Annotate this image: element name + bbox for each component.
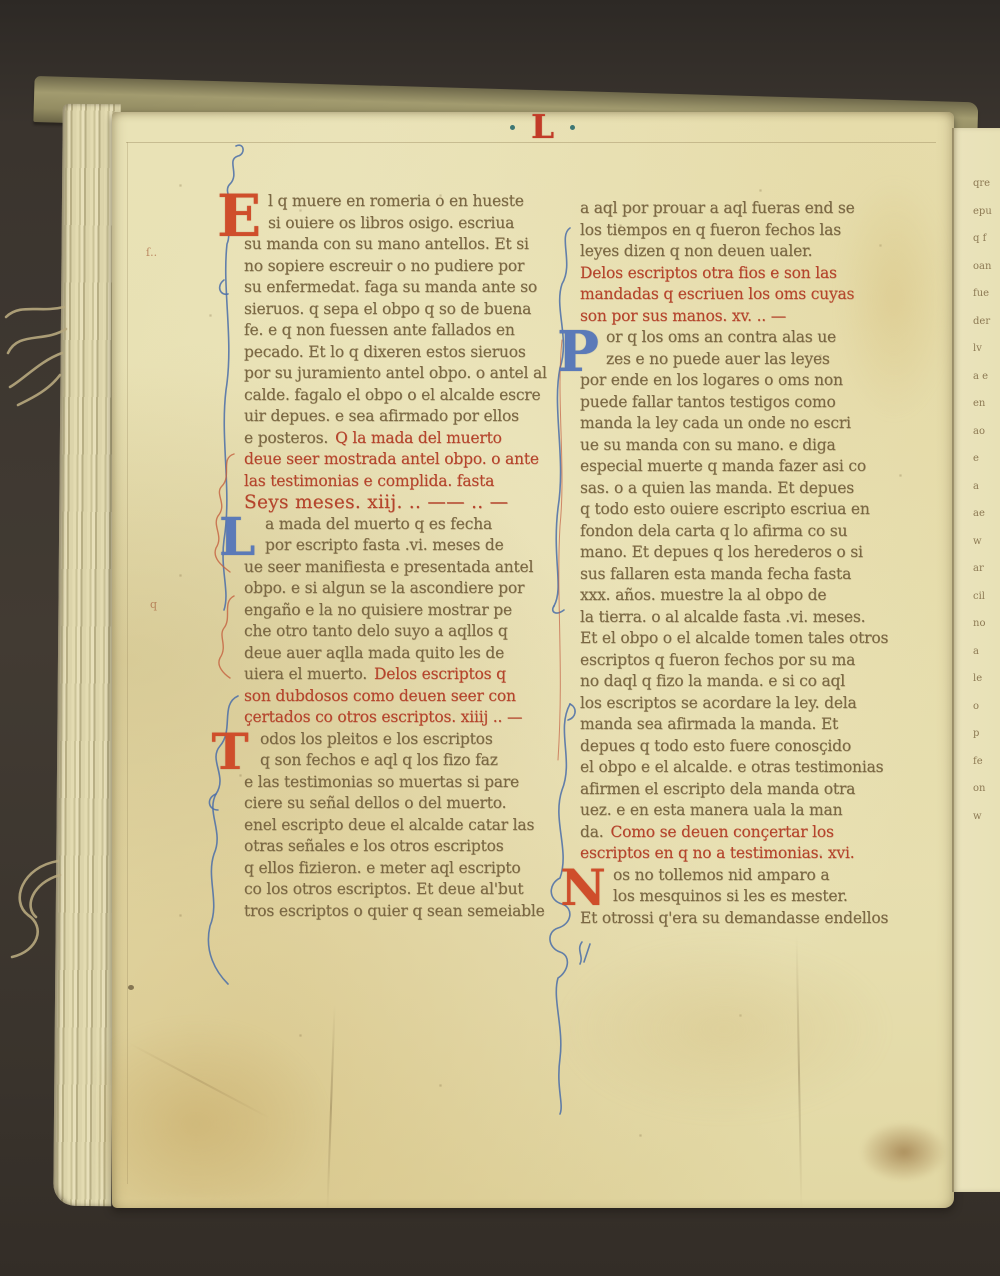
- rubric-line: son por sus manos. xv. .. —: [580, 306, 896, 328]
- text-fragment: q f: [973, 233, 1000, 261]
- rubric: son dubdosos como deuen seer conçertados…: [244, 686, 546, 729]
- illuminated-initial-E: E: [216, 191, 262, 234]
- text-line: e posteros.Q la mada del muerto: [244, 428, 546, 450]
- text-line: sus fallaren esta manda fecha fasta: [580, 564, 896, 586]
- next-page-text-fragments: qreepuq foanfuederlva eenaoeaaewarcilnoa…: [973, 178, 1000, 838]
- rubric-line: deue seer mostrada antel obpo. o ante: [244, 449, 546, 471]
- text-line: ue su manda con su mano. e diga: [580, 435, 896, 457]
- bookmark-thread: [0, 295, 70, 410]
- paragraph: T odos los pleitos e los escriptosq son …: [244, 729, 546, 923]
- folio-dot-left: [510, 125, 515, 130]
- rubric-line: Delos escriptos otra fios e son las: [580, 263, 896, 285]
- text-line: a aql por prouar a aql fueras end se: [580, 198, 896, 220]
- text-fragment: fue: [973, 288, 1000, 316]
- text-line: si ouiere os libros osigo. escriua: [244, 213, 546, 235]
- text-line: no sopiere escreuir o no pudiere por: [244, 256, 546, 278]
- photo-background: L ſ.. q: [0, 0, 1000, 1276]
- bookmark-thread: [2, 845, 68, 970]
- text-fragment: cil: [973, 591, 1000, 619]
- text-line: Et el obpo o el alcalde tomen tales otro…: [580, 628, 896, 650]
- illuminated-initial-T: T: [204, 729, 256, 772]
- text-line: los tiempos en q fueron fechos las: [580, 220, 896, 242]
- text-line: obpo. e si algun se la ascondiere por: [244, 578, 546, 600]
- text-line: su manda con su mano antellos. Et si: [244, 234, 546, 256]
- text-fragment: on: [973, 783, 1000, 811]
- text-line: fe. e q non fuessen ante fallados en: [244, 320, 546, 342]
- text-fragment: o: [973, 701, 1000, 729]
- text-line: puede fallar tantos testigos como: [580, 392, 896, 414]
- penwork-flourish: [210, 590, 244, 680]
- text-line: q son fechos e aql q los fizo faz: [244, 750, 546, 772]
- rubric-line: mandadas q escriuen los oms cuyas: [580, 284, 896, 306]
- text-line: su enfermedat. faga su manda ante so: [244, 277, 546, 299]
- text-line: depues q todo esto fuere conosçido: [580, 736, 896, 758]
- text-line: q todo esto ouiere escripto escriua en: [580, 499, 896, 521]
- paragraph: L a mada del muerto q es fechapor escrip…: [244, 514, 546, 686]
- parchment-speckles: [120, 155, 121, 156]
- illuminated-initial-L: L: [214, 514, 260, 557]
- rubric-line: çertados co otros escriptos. xiiij .. —: [244, 707, 546, 729]
- text-line: q ellos fizieron. e meter aql escripto: [244, 858, 546, 880]
- text-line: leyes dizen q non deuen ualer.: [580, 241, 896, 263]
- rubric-line: Seys meses. xiij. .. —— .. —: [244, 492, 546, 514]
- text-line: xxx. años. muestre la al obpo de: [580, 585, 896, 607]
- paragraph: E l q muere en romeria o en huestesi oui…: [244, 191, 546, 449]
- parchment-crease: [326, 1005, 335, 1210]
- page-stack-fore-edge: [53, 104, 121, 1206]
- text-line: uir depues. e sea afirmado por ellos: [244, 406, 546, 428]
- text-column-left: E l q muere en romeria o en huestesi oui…: [244, 191, 546, 922]
- text-line: por ende en los logares o oms non: [580, 370, 896, 392]
- text-line: calde. fagalo el obpo o el alcalde escre: [244, 385, 546, 407]
- margin-mark: q: [150, 598, 157, 611]
- text-line: uiera el muerto.Delos escriptos q: [244, 664, 546, 686]
- illuminated-initial-N: N: [558, 865, 608, 908]
- text-fragment: no: [973, 618, 1000, 646]
- rubric-line: son dubdosos como deuen seer con: [244, 686, 546, 708]
- text-line: tros escriptos o quier q sean semeiable: [244, 901, 546, 923]
- parchment-stain: [860, 1122, 948, 1182]
- illuminated-initial-P: P: [556, 327, 600, 370]
- parchment-crease: [796, 935, 803, 1210]
- text-fragment: ae: [973, 508, 1000, 536]
- rubric: deue seer mostrada antel obpo. o antelas…: [244, 449, 546, 514]
- text-fragment: fe: [973, 756, 1000, 784]
- text-fragment: lv: [973, 343, 1000, 371]
- manuscript-page: L ſ.. q: [112, 112, 954, 1208]
- text-line: los escriptos se acordare la ley. dela: [580, 693, 896, 715]
- text-fragment: qre: [973, 178, 1000, 206]
- text-line: no daql q fizo la manda. e si co aql: [580, 671, 896, 693]
- text-fragment: en: [973, 398, 1000, 426]
- paragraph: P or q los oms an contra alas uezes e no…: [580, 327, 896, 843]
- folio-letter: L: [531, 112, 554, 142]
- text-fragment: a e: [973, 371, 1000, 399]
- paragraph: N os no tollemos nid amparo alos mesquin…: [580, 865, 896, 930]
- text-fragment: e: [973, 453, 1000, 481]
- paragraph: a aql por prouar a aql fueras end selos …: [580, 198, 896, 263]
- text-line: manda sea afirmada la manda. Et: [580, 714, 896, 736]
- text-line: zes e no puede auer las leyes: [580, 349, 896, 371]
- text-line: otras señales e los otros escriptos: [244, 836, 546, 858]
- parchment-crease: [129, 1043, 271, 1120]
- text-line: a mada del muerto q es fecha: [244, 514, 546, 536]
- text-line: escriptos q fueron fechos por su ma: [580, 650, 896, 672]
- next-page-edge: qreepuq foanfuederlva eenaoeaaewarcilnoa…: [952, 128, 1000, 1192]
- folio-mark: L: [510, 112, 575, 142]
- text-line: e las testimonias so muertas si pare: [244, 772, 546, 794]
- text-fragment: oan: [973, 261, 1000, 289]
- text-fragment: a: [973, 481, 1000, 509]
- text-line: especial muerte q manda fazer asi co: [580, 456, 896, 478]
- text-column-right: a aql por prouar a aql fueras end selos …: [580, 198, 896, 929]
- text-line: sas. o a quien las manda. Et depues: [580, 478, 896, 500]
- text-fragment: epu: [973, 206, 1000, 234]
- text-line: mano. Et depues q los herederos o si: [580, 542, 896, 564]
- text-line: odos los pleitos e los escriptos: [244, 729, 546, 751]
- text-line: pecado. Et lo q dixeren estos sieruos: [244, 342, 546, 364]
- text-line: engaño e la no quisiere mostrar pe: [244, 600, 546, 622]
- parchment-stain: [100, 1010, 340, 1200]
- text-fragment: p: [973, 728, 1000, 756]
- text-line: che otro tanto delo suyo a aqllos q: [244, 621, 546, 643]
- folio-dot-right: [570, 125, 575, 130]
- text-line: da.Como se deuen conçertar los: [580, 822, 896, 844]
- text-line: sieruos. q sepa el obpo q so de buena: [244, 299, 546, 321]
- rubric: escriptos en q no a testimonias. xvi.: [580, 843, 896, 865]
- text-fragment: a: [973, 646, 1000, 674]
- text-fragment: le: [973, 673, 1000, 701]
- text-line: por escripto fasta .vi. meses de: [244, 535, 546, 557]
- text-line: l q muere en romeria o en hueste: [244, 191, 546, 213]
- text-fragment: ar: [973, 563, 1000, 591]
- text-line: co los otros escriptos. Et deue al'but: [244, 879, 546, 901]
- page-edge-line: [127, 142, 128, 1184]
- text-line: los mesquinos si les es mester.: [580, 886, 896, 908]
- text-line: enel escripto deue el alcalde catar las: [244, 815, 546, 837]
- text-fragment: ao: [973, 426, 1000, 454]
- text-fragment: w: [973, 536, 1000, 564]
- text-line: ue seer manifiesta e presentada antel: [244, 557, 546, 579]
- text-line: ciere su señal dellos o del muerto.: [244, 793, 546, 815]
- rubric-line: las testimonias e complida. fasta: [244, 471, 546, 493]
- text-line: fondon dela carta q lo afirma co su: [580, 521, 896, 543]
- text-line: el obpo e el alcalde. e otras testimonia…: [580, 757, 896, 779]
- margin-mark: ſ..: [146, 246, 157, 259]
- rubric-line: escriptos en q no a testimonias. xvi.: [580, 843, 896, 865]
- text-fragment: der: [973, 316, 1000, 344]
- text-line: la tierra. o al alcalde fasta .vi. meses…: [580, 607, 896, 629]
- text-fragment: w: [973, 811, 1000, 839]
- text-line: deue auer aqlla mada quito les de: [244, 643, 546, 665]
- parchment-speck: [128, 985, 134, 990]
- rubric: Delos escriptos otra fios e son lasmanda…: [580, 263, 896, 328]
- text-line: afirmen el escripto dela manda otra: [580, 779, 896, 801]
- text-line: Et otrossi q'era su demandasse endellos: [580, 908, 896, 930]
- text-line: uez. e en esta manera uala la man: [580, 800, 896, 822]
- text-line: or q los oms an contra alas ue: [580, 327, 896, 349]
- text-line: os no tollemos nid amparo a: [580, 865, 896, 887]
- text-line: por su juramiento antel obpo. o antel al: [244, 363, 546, 385]
- text-line: manda la ley cada un onde no escri: [580, 413, 896, 435]
